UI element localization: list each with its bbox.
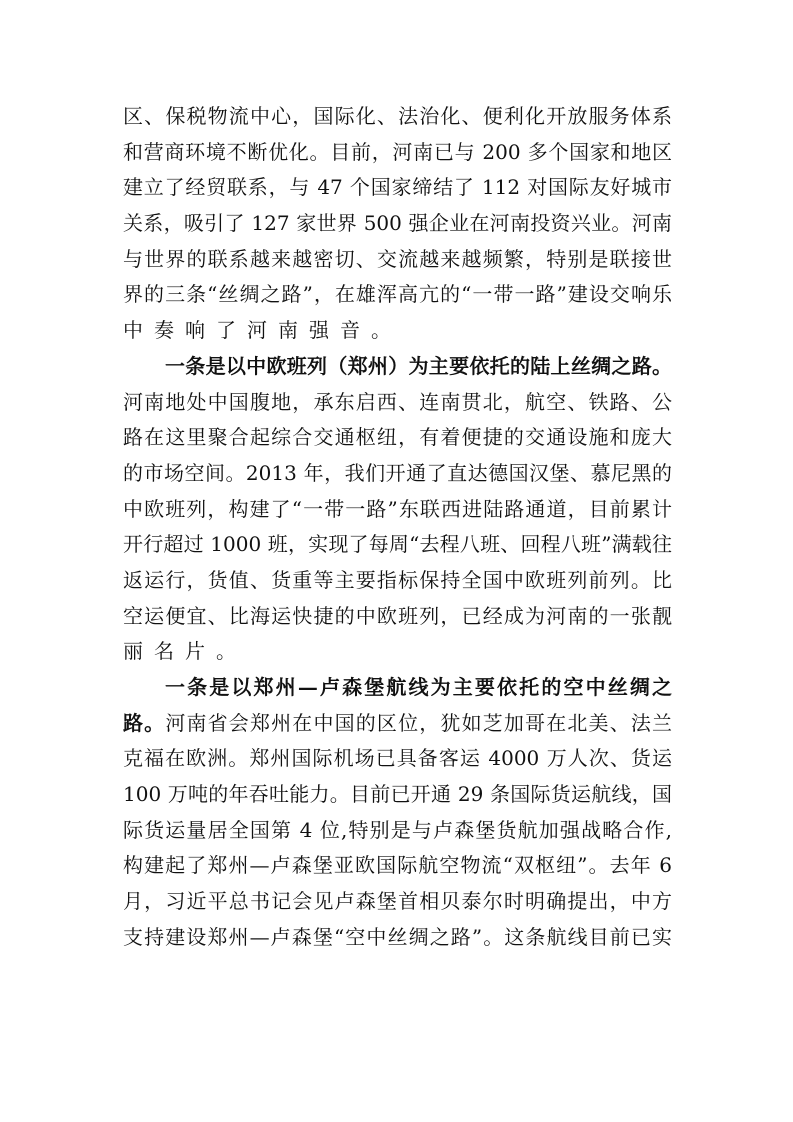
text-line: 和营商环境不断优化。目前，河南已与 200 多个国家和地区 xyxy=(123,135,672,171)
body-text: 区、保税物流中心，国际化、法治化、便利化开放服务体系 和营商环境不断优化。目前，… xyxy=(123,99,675,956)
text-line: 丽名片。 xyxy=(123,634,672,670)
paragraph-intro-continuation: 区、保税物流中心，国际化、法治化、便利化开放服务体系 和营商环境不断优化。目前，… xyxy=(123,99,675,349)
document-page: 区、保税物流中心，国际化、法治化、便利化开放服务体系 和营商环境不断优化。目前，… xyxy=(0,0,793,1122)
paragraph-land-silk-road: 一条是以中欧班列（郑州）为主要依托的陆上丝绸之路。 河南地处中国腹地，承东启西、… xyxy=(123,349,675,670)
section-heading-air-silk-road-end: 路。 xyxy=(123,711,165,735)
text-line: 100 万吨的年吞吐能力。目前已开通 29 条国际货运航线，国 xyxy=(123,777,672,813)
text-line: 界的三条“丝绸之路”，在雄浑高亢的“一带一路”建设交响乐 xyxy=(123,277,672,313)
section-heading-land-silk-road: 一条是以中欧班列（郑州）为主要依托的陆上丝绸之路。 xyxy=(123,349,672,385)
text-line: 路。河南省会郑州在中国的区位，犹如芝加哥在北美、法兰 xyxy=(123,706,672,742)
section-heading-air-silk-road: 一条是以郑州—卢森堡航线为主要依托的空中丝绸之 xyxy=(123,670,672,706)
text-line: 构建起了郑州—卢森堡亚欧国际航空物流“双枢纽”。去年 6 xyxy=(123,848,672,884)
text-line: 空运便宜、比海运快捷的中欧班列，已经成为河南的一张靓 xyxy=(123,599,672,635)
text-line: 际货运量居全国第 4 位,特别是与卢森堡货航加强战略合作, xyxy=(123,813,672,849)
text-run: 河南省会郑州在中国的区位，犹如芝加哥在北美、法兰 xyxy=(165,711,672,735)
text-line: 中奏响了河南强音。 xyxy=(123,313,672,349)
text-line: 返运行，货值、货重等主要指标保持全国中欧班列前列。比 xyxy=(123,563,672,599)
text-line: 河南地处中国腹地，承东启西、连南贯北，航空、铁路、公 xyxy=(123,385,672,421)
text-line: 月，习近平总书记会见卢森堡首相贝泰尔时明确提出，中方 xyxy=(123,884,672,920)
paragraph-air-silk-road: 一条是以郑州—卢森堡航线为主要依托的空中丝绸之 路。河南省会郑州在中国的区位，犹… xyxy=(123,670,675,956)
text-line: 区、保税物流中心，国际化、法治化、便利化开放服务体系 xyxy=(123,99,672,135)
text-line: 克福在欧洲。郑州国际机场已具备客运 4000 万人次、货运 xyxy=(123,741,672,777)
text-line: 支持建设郑州—卢森堡“空中丝绸之路”。这条航线目前已实 xyxy=(123,920,672,956)
text-line: 中欧班列，构建了“一带一路”东联西进陆路通道，目前累计 xyxy=(123,492,672,528)
text-line: 的市场空间。2013 年，我们开通了直达德国汉堡、慕尼黑的 xyxy=(123,456,672,492)
text-line: 关系，吸引了 127 家世界 500 强企业在河南投资兴业。河南 xyxy=(123,206,672,242)
text-line: 建立了经贸联系，与 47 个国家缔结了 112 对国际友好城市 xyxy=(123,170,672,206)
text-line: 与世界的联系越来越密切、交流越来越频繁，特别是联接世 xyxy=(123,242,672,278)
text-line: 开行超过 1000 班，实现了每周“去程八班、回程八班”满载往 xyxy=(123,527,672,563)
text-line: 路在这里聚合起综合交通枢纽，有着便捷的交通设施和庞大 xyxy=(123,420,672,456)
